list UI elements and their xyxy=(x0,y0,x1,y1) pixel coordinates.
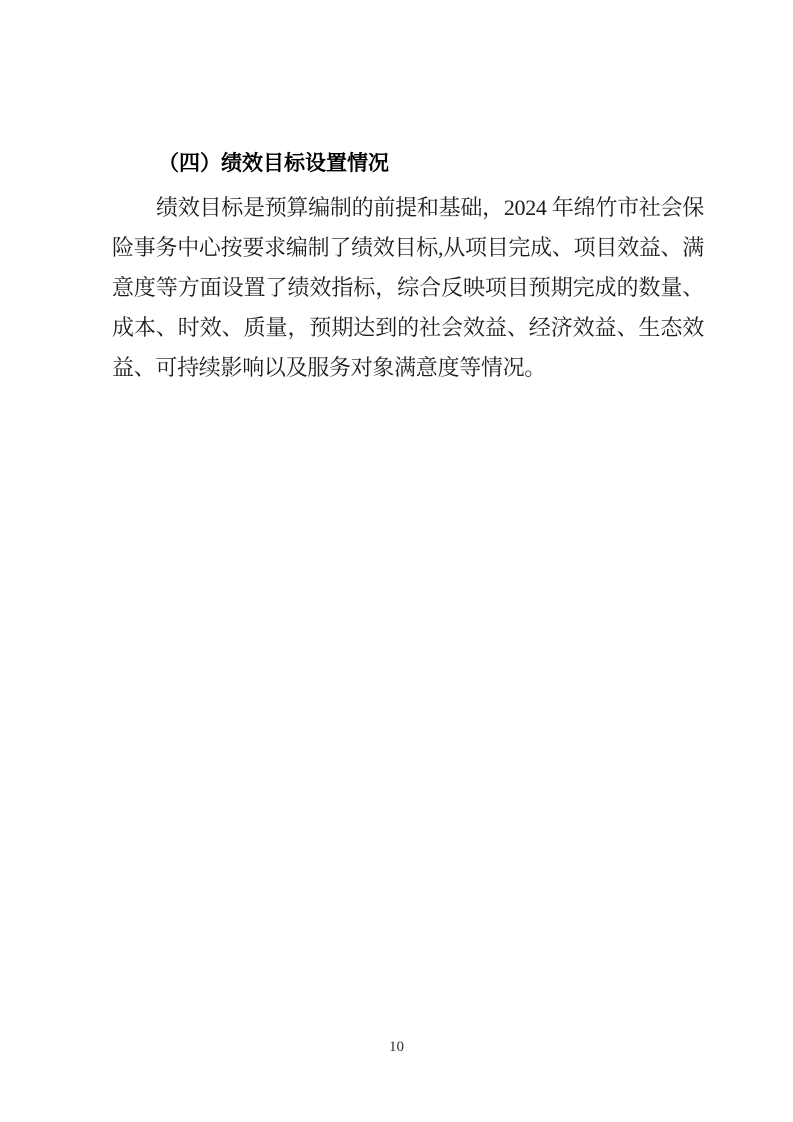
section-heading: （四）绩效目标设置情况 xyxy=(112,143,704,183)
document-content: （四）绩效目标设置情况 绩效目标是预算编制的前提和基础，2024 年绵竹市社会保… xyxy=(112,143,704,388)
document-page: （四）绩效目标设置情况 绩效目标是预算编制的前提和基础，2024 年绵竹市社会保… xyxy=(0,0,793,1122)
body-paragraph: 绩效目标是预算编制的前提和基础，2024 年绵竹市社会保险事务中心按要求编制了绩… xyxy=(112,188,704,388)
page-number: 10 xyxy=(0,1038,793,1056)
